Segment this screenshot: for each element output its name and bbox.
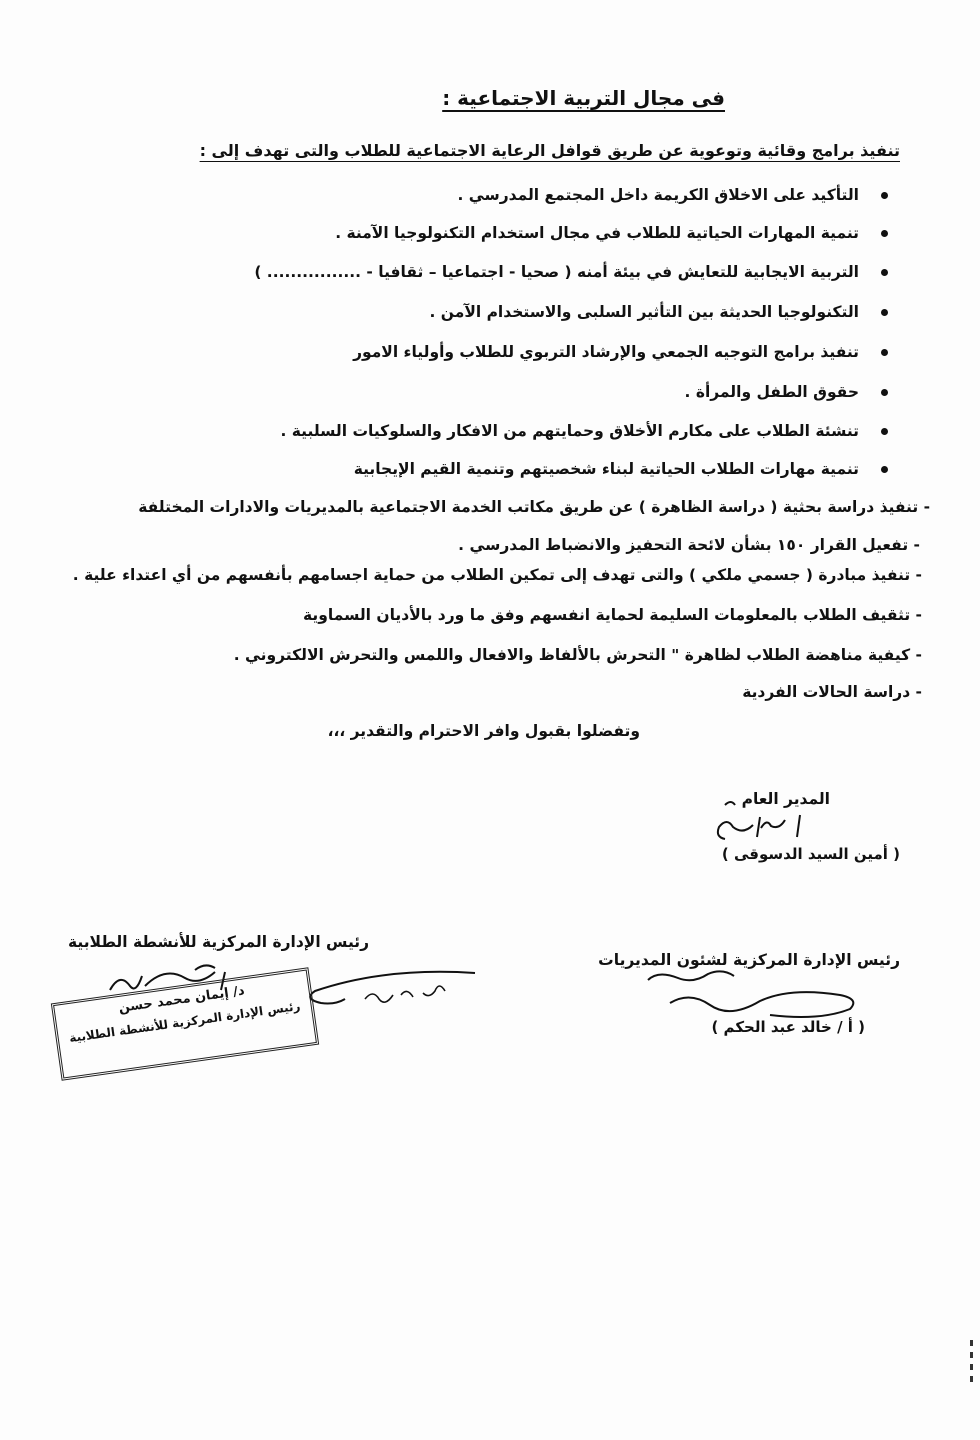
bullet-icon [881,309,888,316]
directorates-head-title: رئيس الإدارة المركزية لشئون المديريات [598,951,900,969]
bullet-icon [881,349,888,356]
bullet-icon [881,269,888,276]
bullet-icon [881,466,888,473]
bullet-icon [881,389,888,396]
scan-edge-marks [970,1340,976,1400]
dash-item: - تنفيذ مبادرة ( جسمي ملكي ) والتى تهدف … [73,566,922,584]
bullet-item: تنمية المهارات الحياتية للطلاب في مجال ا… [335,224,888,242]
general-director-signature-icon [705,795,805,845]
student-activities-head-title: رئيس الإدارة المركزية للأنشطة الطلابية [68,933,369,951]
dash-item: - كيفية مناهضة الطلاب لظاهرة " التحرش با… [234,646,922,664]
dash-item: - تنفيذ دراسة بحثية ( دراسة الظاهرة ) عن… [138,498,930,516]
bullet-item: تنفيذ برامج التوجيه الجمعي والإرشاد التر… [353,343,888,361]
bullet-item: تنشئة الطلاب على مكارم الأخلاق وحمايتهم … [280,422,888,440]
bullet-item: تنمية مهارات الطلاب الحياتية لبناء شخصيت… [354,460,888,478]
bullet-item: حقوق الطفل والمرأة . [685,383,888,401]
bullet-item: التأكيد على الاخلاق الكريمة داخل المجتمع… [458,186,889,204]
bullet-item: التكنولوجيا الحديثة بين التأثير السلبى و… [429,303,888,321]
general-director-name: ( أمين السيد الدسوقى ) [722,845,900,863]
bullet-icon [881,192,888,199]
bullet-item: التربية الايجابية للتعايش في بيئة أمنه (… [254,263,888,281]
section-heading: فى مجال التربية الاجتماعية : [442,86,725,110]
dash-item: - تثقيف الطلاب بالمعلومات السليمة لحماية… [303,606,922,624]
dash-item: - تفعيل القرار ١٥٠ بشأن لائحة التحفيز وا… [458,536,920,554]
directorates-head-name: ( أ / خالد عبد الحكم ) [711,1018,865,1036]
dash-item: - دراسة الحالات الفردية [742,683,922,701]
scanned-document-page: فى مجال التربية الاجتماعية : تنفيذ برامج… [0,0,980,1440]
bullet-icon [881,230,888,237]
handwritten-greeting-icon [305,965,485,1015]
official-stamp: د/ إيمان محمد حسن رئيس الإدارة المركزية … [51,967,319,1080]
bullet-icon [881,428,888,435]
closing-line: وتفضلوا بقبول وافر الاحترام والتقدير ،،، [328,722,640,740]
intro-line: تنفيذ برامج وقائية وتوعوية عن طريق قوافل… [200,141,900,160]
directorates-head-signature-icon [640,968,860,1023]
